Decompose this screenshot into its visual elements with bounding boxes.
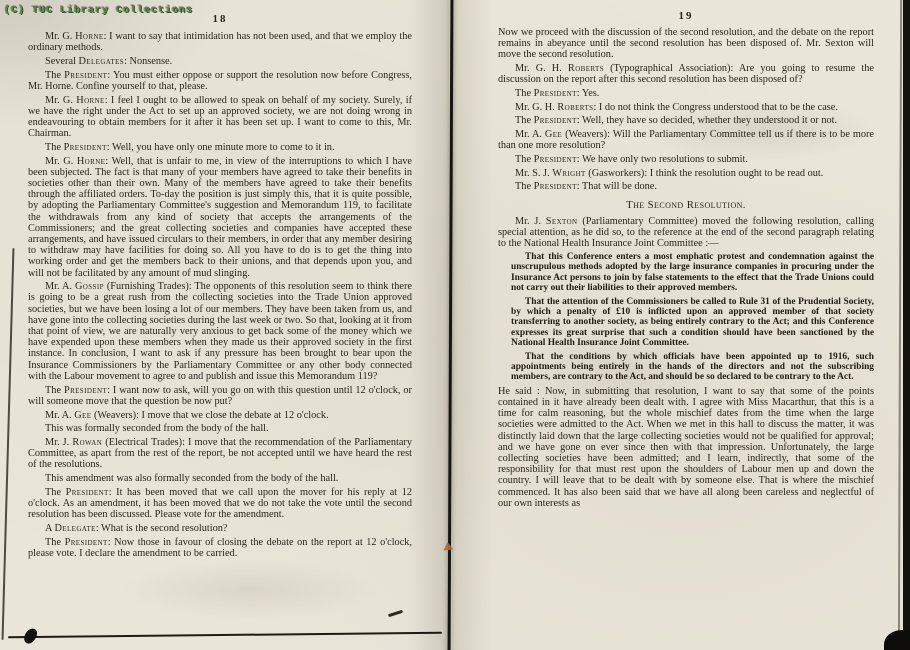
speaker-name: President (66, 487, 109, 498)
speaker-name: President (64, 385, 107, 396)
paragraph: The President: We have only two resoluti… (498, 154, 874, 165)
page-left-text: Mr. G. Horne: I want to say that intimid… (28, 31, 412, 561)
paragraph: Mr. G. H. Roberts: I do not think the Co… (498, 102, 874, 113)
paragraph: This amendment was also formally seconde… (28, 473, 412, 484)
speaker-name: Roberts (557, 102, 593, 113)
gutter-shadow-right (452, 0, 492, 650)
paragraph: The President: It has been moved that we… (28, 487, 412, 521)
paragraph: The President: Well, they have so decide… (498, 115, 874, 126)
book-edge-right (903, 0, 910, 650)
speaker-name: President (534, 88, 577, 99)
paragraph: Mr. A. Gee (Weavers): I move that we clo… (28, 410, 412, 421)
paragraph: A Delegate: What is the second resolutio… (28, 523, 412, 534)
speaker-name: Delegate (54, 523, 95, 534)
paragraph: Mr. G. Horne: I want to say that intimid… (28, 31, 412, 53)
page-number-left: 18 (28, 13, 412, 25)
page-edge-line-right (898, 0, 902, 650)
speaker-name: President (534, 154, 577, 165)
scan-artifact-corner (884, 630, 910, 650)
paragraph: This was formally seconded from the body… (28, 423, 412, 434)
paragraph: That the attention of the Commissioners … (511, 297, 874, 349)
paragraph: The President: That will be done. (498, 181, 874, 192)
speaker-name: President (64, 142, 107, 153)
speaker-name: President (65, 537, 108, 548)
scanned-book-spread: (C) TUC Library Collections 18 Mr. G. Ho… (0, 0, 910, 650)
paragraph: Mr. A. Gossip (Furnishing Trades): The o… (28, 281, 412, 382)
paragraph: Mr. G. H. Roberts (Typographical Associa… (498, 63, 874, 85)
speaker-name: Gossip (75, 281, 104, 292)
paragraph: Now we proceed with the discussion of th… (498, 27, 874, 61)
paragraph: The President: Well, you have only one m… (28, 142, 412, 153)
speaker-name: Gee (545, 129, 562, 140)
speaker-name: Roberts (568, 63, 604, 74)
speaker-name: Delegates (78, 56, 124, 67)
paragraph: Mr. G. Horne: I feel I ought to be allow… (28, 95, 412, 140)
gutter-shadow-left (408, 0, 449, 650)
paragraph: Mr. J. Rowan (Electrical Trades): I move… (28, 437, 412, 471)
speaker-name: Rowan (72, 437, 102, 448)
speaker-name: Sexton (546, 216, 578, 227)
scan-artifact-blob (22, 626, 39, 645)
speaker-name: Horne (75, 31, 104, 42)
scan-artifact-dash (388, 610, 403, 617)
paragraph: He said : Now, in submitting that resolu… (498, 386, 874, 509)
paragraph: The President: I want now to ask, will y… (28, 385, 412, 407)
speaker-name: Horne (76, 95, 105, 106)
paragraph: The President: You must either oppose or… (28, 70, 412, 92)
paragraph: Mr. G. Horne: Well, that is unfair to me… (28, 156, 412, 279)
section-heading: The Second Resolution. (498, 200, 874, 211)
scan-blotch (120, 560, 380, 620)
page-number-right: 19 (498, 10, 874, 22)
speaker-name: President (534, 181, 577, 192)
speaker-name: President (534, 115, 577, 126)
scan-artifact-caret (443, 541, 454, 550)
page-edge-line-left (2, 248, 15, 640)
page-bottom-edge (8, 632, 442, 639)
speaker-name: Wright (552, 168, 586, 179)
speaker-name: Gee (74, 410, 91, 421)
paragraph: That the conditions by which officials h… (511, 352, 874, 383)
paragraph: Mr. J. Sexton (Parliamentary Committee) … (498, 216, 874, 250)
paragraph: Several Delegates: Nonsense. (28, 56, 412, 67)
paragraph: The President: Yes. (498, 88, 874, 99)
paragraph: The President: Now those in favour of cl… (28, 537, 412, 559)
paragraph: Mr. S. J. Wright (Gasworkers): I think t… (498, 168, 874, 179)
paragraph: That this Conference enters a most empha… (511, 252, 874, 294)
paragraph: Mr. A. Gee (Weavers): Will the Parliamen… (498, 129, 874, 151)
speaker-name: Horne (77, 156, 106, 167)
page-right-text: Now we proceed with the discussion of th… (498, 27, 874, 512)
speaker-name: President (64, 70, 107, 81)
